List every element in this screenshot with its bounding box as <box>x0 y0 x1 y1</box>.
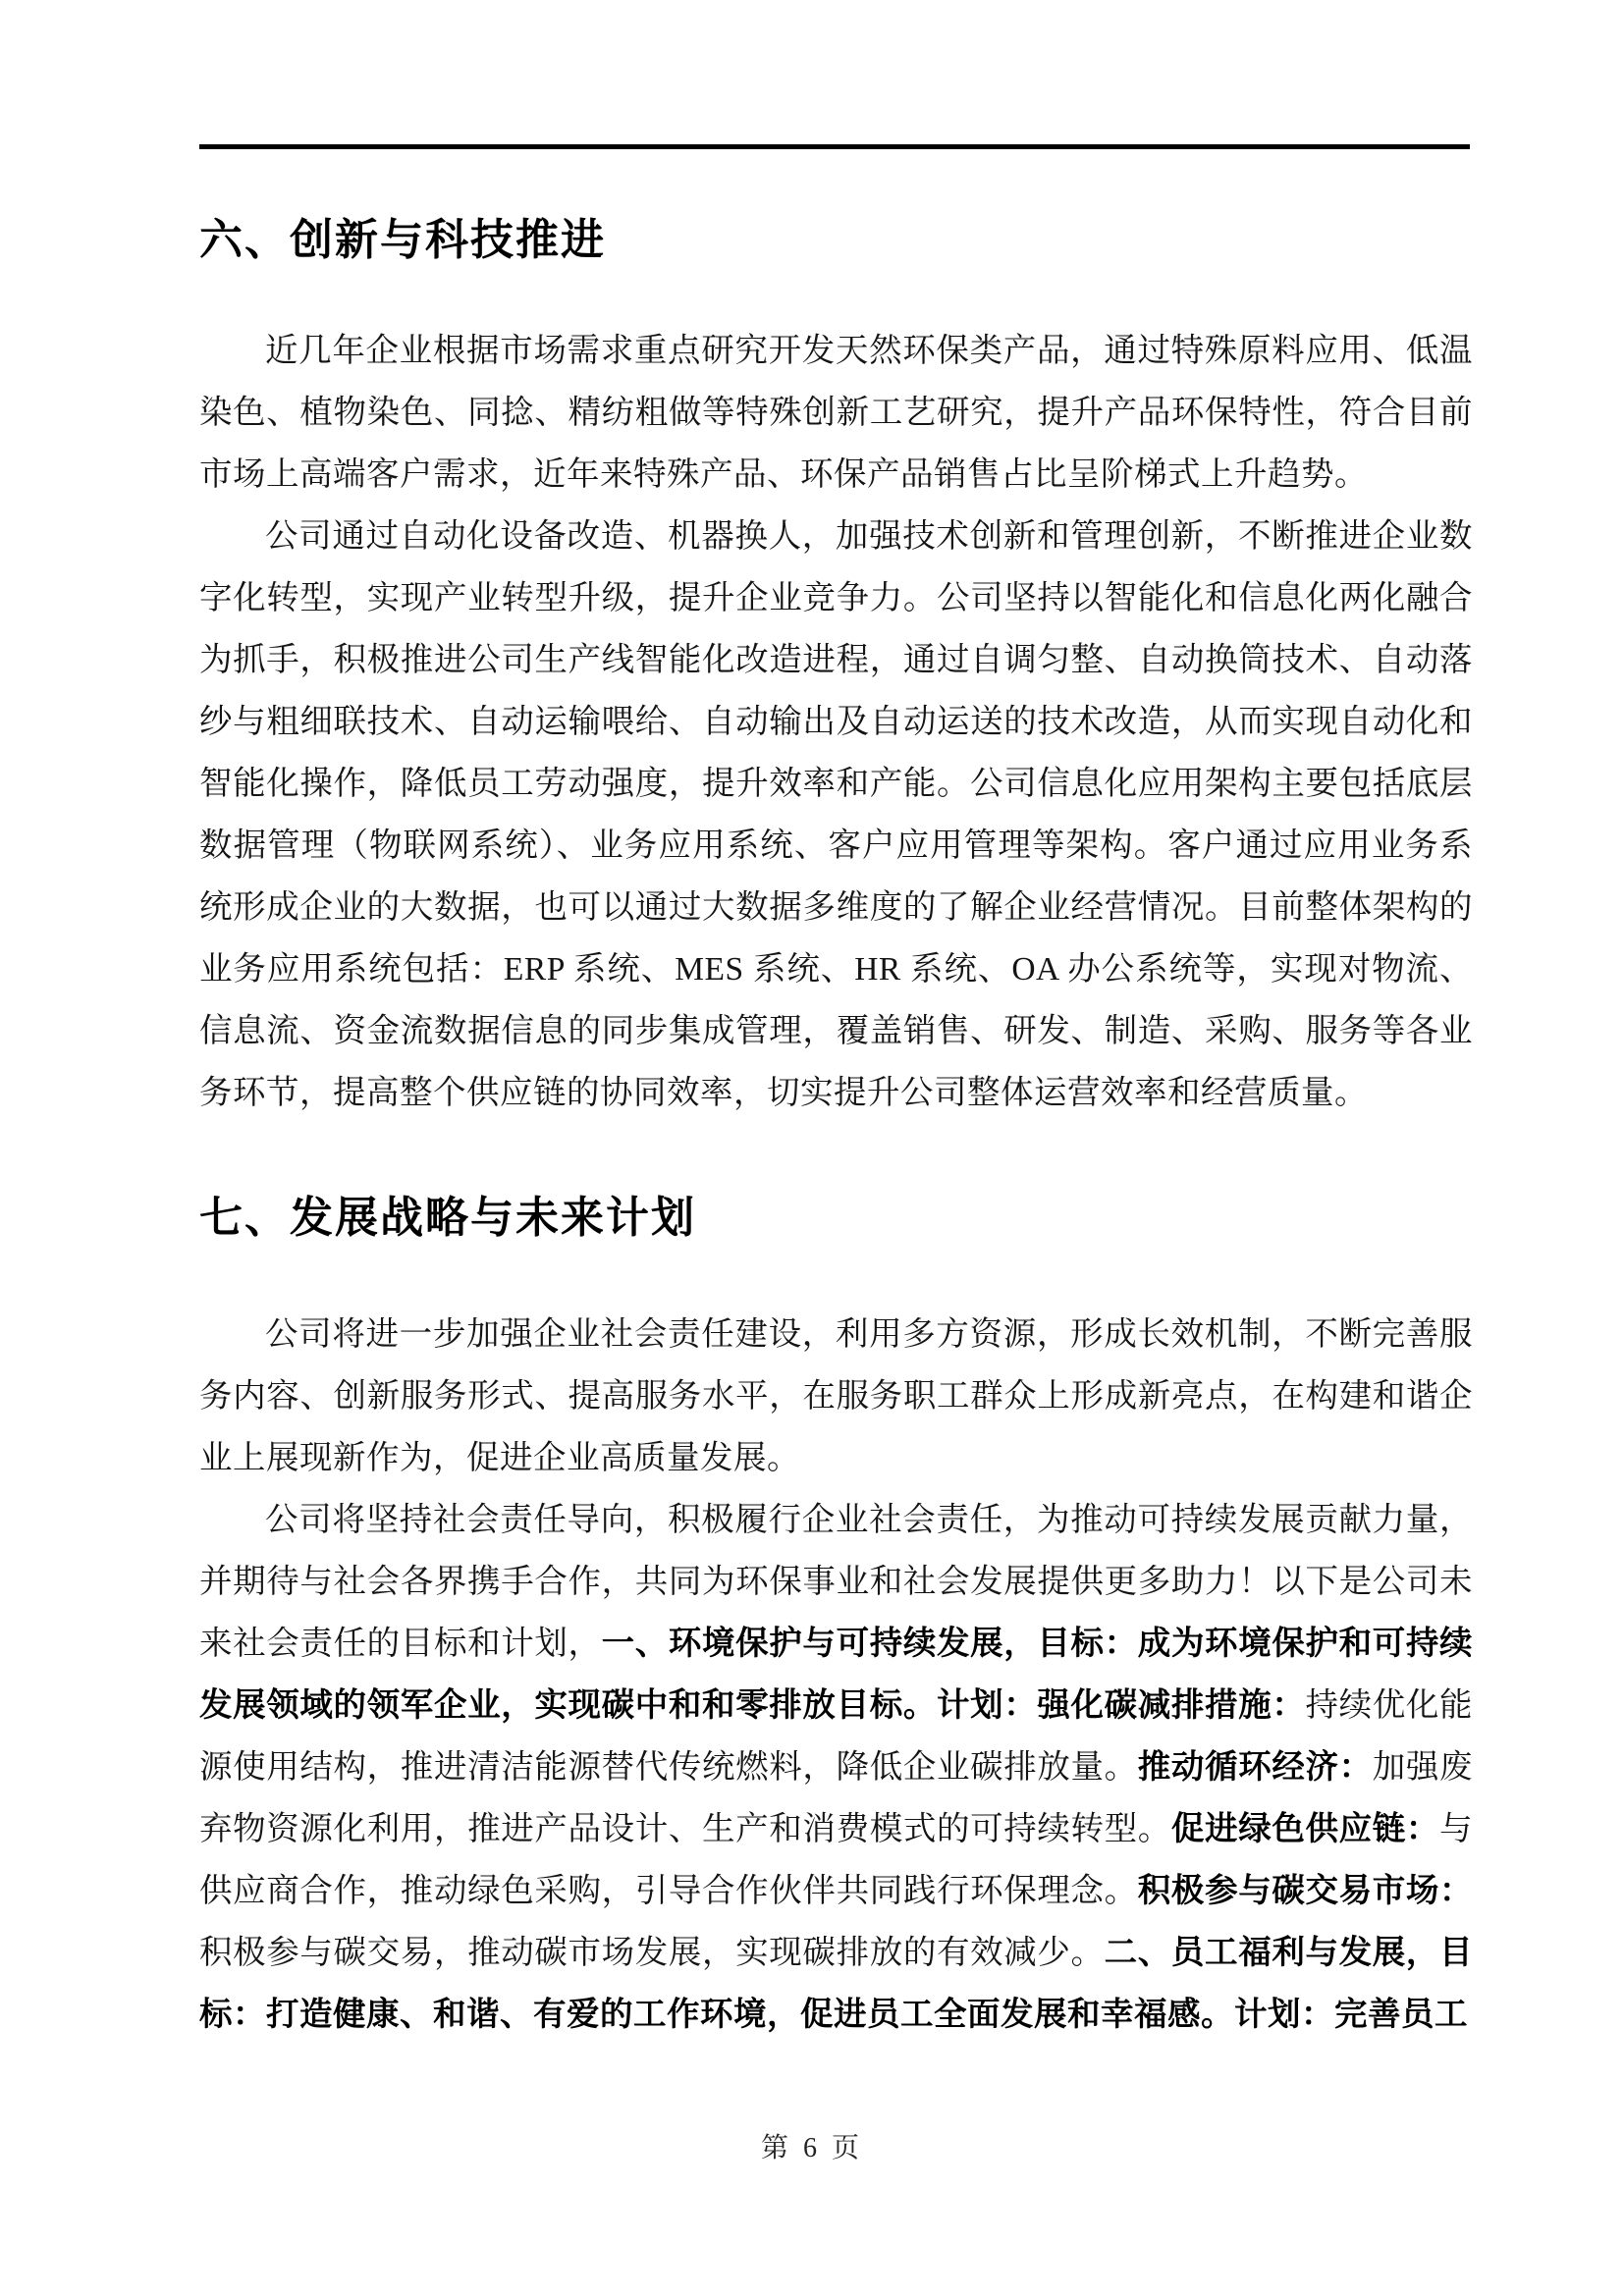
page-content: 六、创新与科技推进 近几年企业根据市场需求重点研究开发天然环保类产品，通过特殊原… <box>199 0 1473 2046</box>
paragraph-strategy-2: 公司将坚持社会责任导向，积极履行企业社会责任，为推动可持续发展贡献力量，并期待与… <box>199 1489 1473 2046</box>
paragraph-segment-bold: 推动循环经济： <box>1138 1749 1373 1786</box>
section-heading-strategy: 七、发展战略与未来计划 <box>199 1195 1473 1242</box>
paragraph-segment-bold: 促进绿色供应链： <box>1171 1811 1439 1847</box>
document-page: 六、创新与科技推进 近几年企业根据市场需求重点研究开发天然环保类产品，通过特殊原… <box>0 0 1624 2296</box>
paragraph-segment-bold: 积极参与碳交易市场： <box>1138 1873 1473 1909</box>
page-footer: 第 6 页 <box>0 2132 1624 2165</box>
paragraph-innovation-1: 近几年企业根据市场需求重点研究开发天然环保类产品，通过特殊原料应用、低温染色、植… <box>199 320 1473 506</box>
paragraph-segment: 积极参与碳交易，推动碳市场发展，实现碳排放的有效减少。 <box>199 1935 1105 1971</box>
paragraph-strategy-1: 公司将进一步加强企业社会责任建设，利用多方资源，形成长效机制，不断完善服务内容、… <box>199 1304 1473 1489</box>
section-heading-innovation: 六、创新与科技推进 <box>199 217 1473 264</box>
paragraph-innovation-2: 公司通过自动化设备改造、机器换人，加强技术创新和管理创新，不断推进企业数字化转型… <box>199 506 1473 1124</box>
